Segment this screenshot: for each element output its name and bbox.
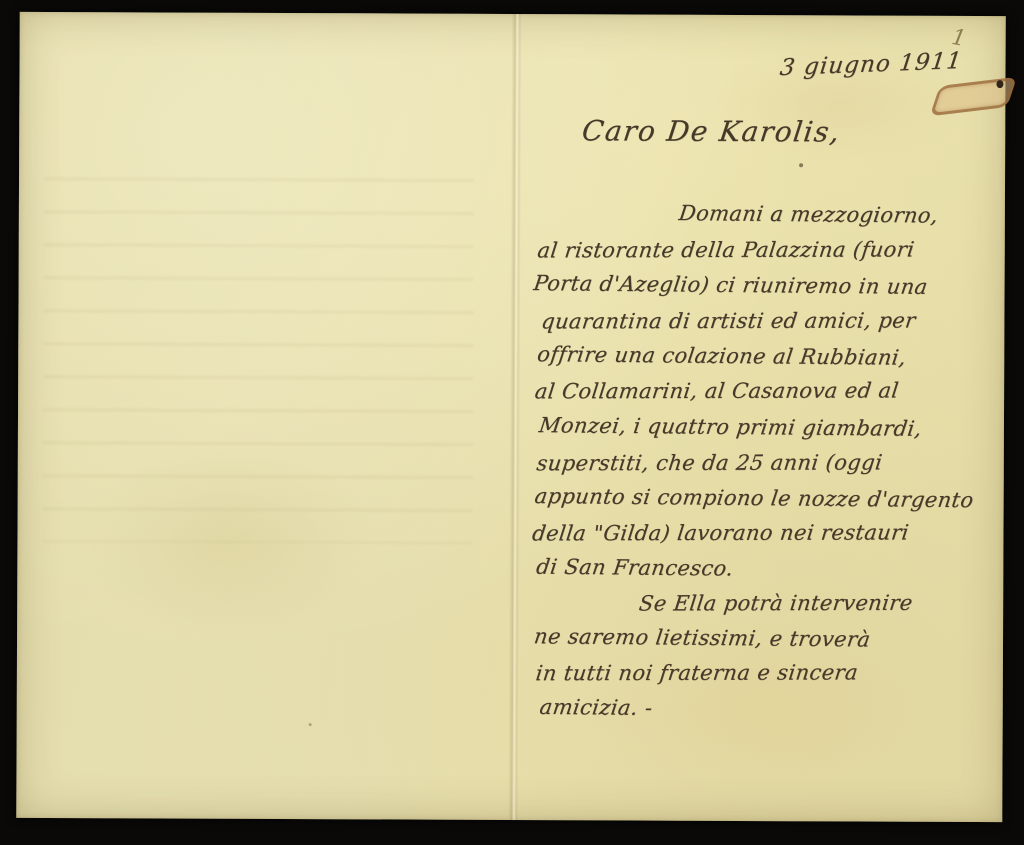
letter-salutation: Caro De Karolis, xyxy=(580,114,842,148)
handwritten-letter-page: 1 3 giugno 1911 Caro De Karolis, Domani … xyxy=(511,14,1006,822)
tape-stain xyxy=(930,77,1017,117)
bleed-through-lines xyxy=(42,147,474,544)
letter-scan-paper: 1 3 giugno 1911 Caro De Karolis, Domani … xyxy=(16,12,1006,822)
letter-body-line: della "Gilda) lavorano nei restauri xyxy=(531,522,910,544)
letter-body-line: amicizia. - xyxy=(538,697,653,719)
letter-body-line: al ristorante della Palazzina (fuori xyxy=(536,239,915,261)
letter-body-line: offrire una colazione al Rubbiani, xyxy=(536,344,907,369)
paper-speck xyxy=(309,723,312,726)
letter-body-line: in tutti noi fraterna e sincera xyxy=(534,662,859,684)
letter-body-line: superstiti, che da 25 anni (oggi xyxy=(535,452,883,474)
letter-body-line: ne saremo lietissimi, e troverà xyxy=(533,626,872,650)
letter-body-line: Porta d'Azeglio) ci riuniremo in una xyxy=(532,273,929,298)
letter-body-line: di San Francesco. xyxy=(535,557,735,580)
letter-date: 3 giugno 1911 xyxy=(778,48,963,81)
blank-left-page xyxy=(16,12,512,820)
letter-body-line: quarantina di artisti ed amici, per xyxy=(540,310,917,332)
letter-body-line: appunto si compiono le nozze d'argento xyxy=(533,486,974,511)
letter-body-line: Monzei, i quattro primi giambardi, xyxy=(538,415,923,440)
scan-background: 1 3 giugno 1911 Caro De Karolis, Domani … xyxy=(0,0,1024,845)
letter-body-line: Domani a mezzogiorno, xyxy=(678,203,940,226)
tape-stain-dot xyxy=(996,80,1003,88)
letter-body-line: al Collamarini, al Casanova ed al xyxy=(534,380,900,402)
letter-body-line: Se Ella potrà intervenire xyxy=(638,593,914,615)
